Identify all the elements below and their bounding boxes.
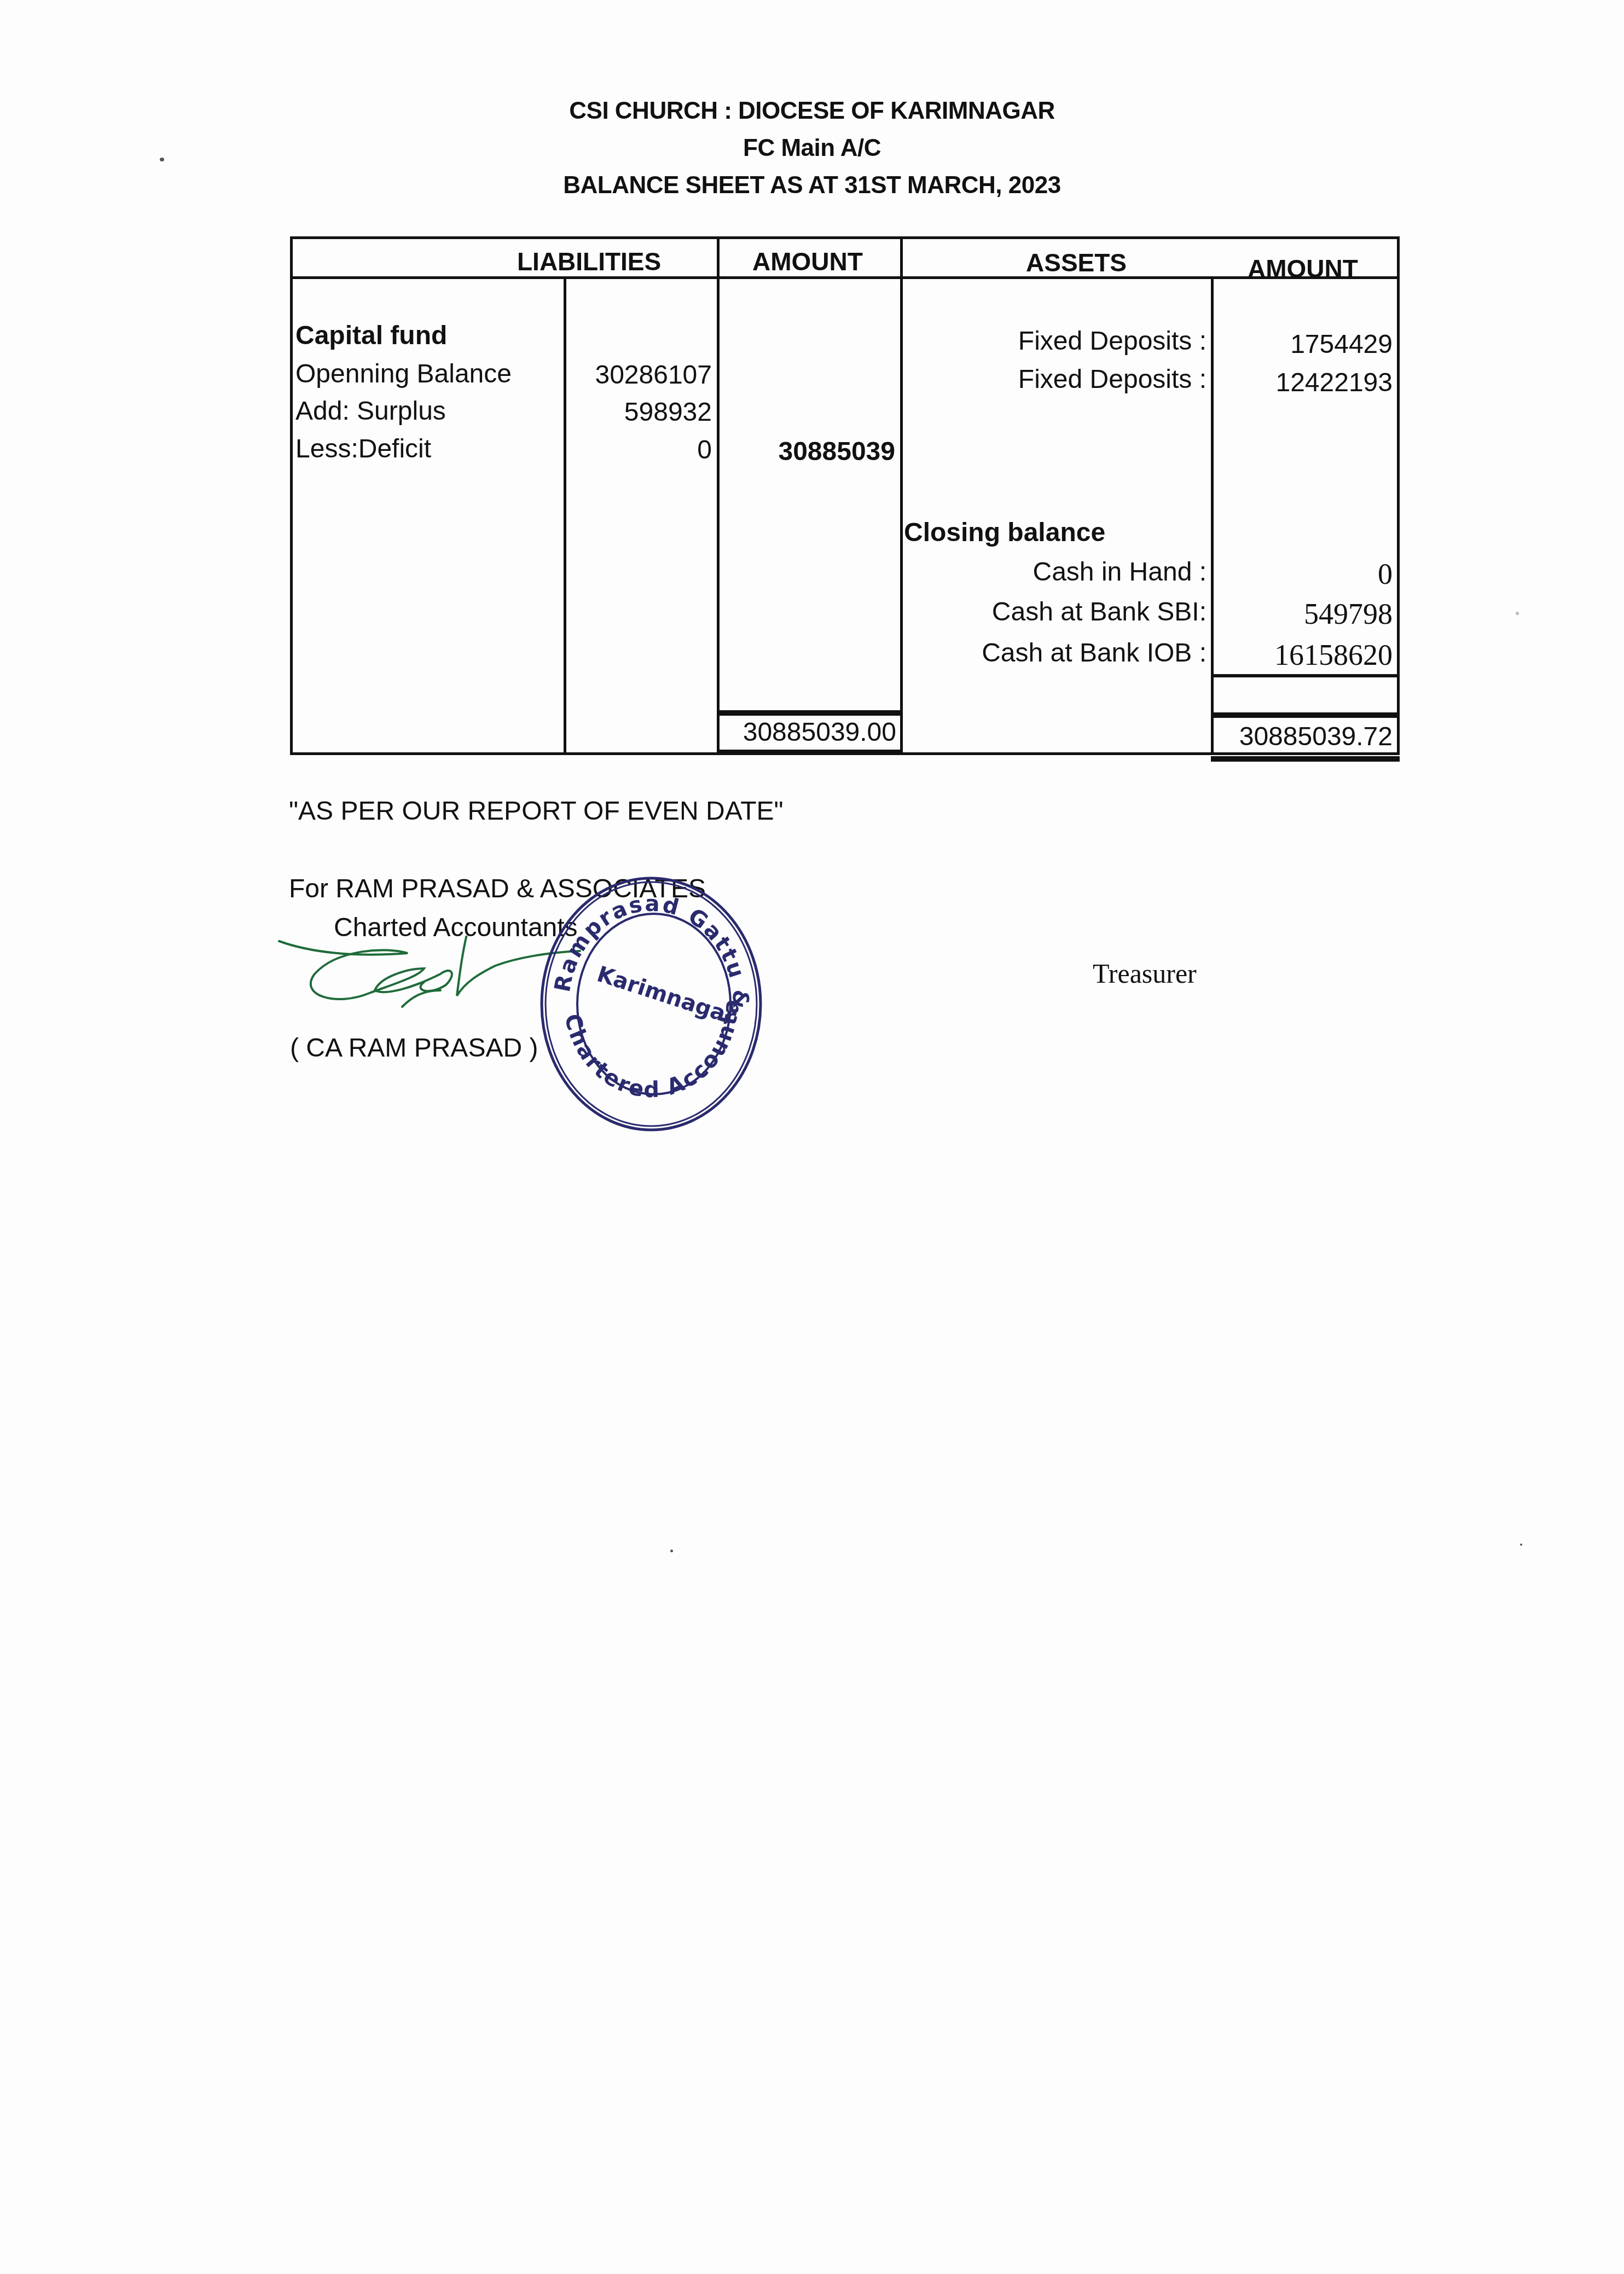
header-assets: ASSETS <box>1026 250 1127 275</box>
liabilities-total: 30885039.00 <box>721 720 896 746</box>
asset-row-label: Cash at Bank SBI: <box>903 599 1207 625</box>
account-title: FC Main A/C <box>0 135 1624 162</box>
capital-fund-title: Capital fund <box>295 323 447 349</box>
asset-row-label: Cash in Hand : <box>903 559 1207 585</box>
asset-row-value: 12422193 <box>1215 370 1393 396</box>
scan-speck <box>670 1550 673 1552</box>
liability-row-value: 30286107 <box>566 362 712 388</box>
liability-row-label: Openning Balance <box>295 361 512 387</box>
liabilities-subcolumn-divider <box>564 277 566 755</box>
scan-speck <box>1516 612 1519 615</box>
asset-row-label: Cash at Bank IOB : <box>903 640 1207 666</box>
assets-subtotal-line <box>1211 674 1400 677</box>
svg-text:Karimnagar: Karimnagar <box>594 961 739 1030</box>
assets-amount-divider <box>1211 277 1214 755</box>
organization-title: CSI CHURCH : DIOCESE OF KARIMNAGAR <box>0 97 1624 125</box>
signatory-name: ( CA RAM PRASAD ) <box>290 1033 538 1063</box>
asset-row-label: Fixed Deposits : <box>903 328 1207 355</box>
auditor-stamp-icon: Ramprasad Gattu & Co. Chartered Accounta… <box>531 867 772 1141</box>
liabilities-amount-divider <box>717 236 720 755</box>
liability-row-value: 0 <box>566 437 712 463</box>
scan-speck <box>160 158 164 161</box>
header-liabilities-amount: AMOUNT <box>752 249 863 274</box>
header-liabilities: LIABILITIES <box>517 249 661 274</box>
report-note: "AS PER OUR REPORT OF EVEN DATE" <box>289 796 784 826</box>
statement-title: BALANCE SHEET AS AT 31ST MARCH, 2023 <box>0 172 1624 199</box>
liability-row-label: Add: Surplus <box>295 398 446 425</box>
treasurer-label: Treasurer <box>1093 958 1197 989</box>
assets-divider <box>900 236 903 755</box>
asset-row-label: Fixed Deposits : <box>903 367 1207 393</box>
closing-balance-title: Closing balance <box>904 520 1105 546</box>
header-assets-amount: AMOUNT <box>1248 256 1358 281</box>
scan-speck <box>1520 1544 1522 1546</box>
header-divider <box>290 276 1400 279</box>
assets-total: 30885039.72 <box>1215 724 1393 750</box>
liabilities-subtotal: 30885039 <box>721 439 895 465</box>
asset-row-value: 0 <box>1215 559 1393 589</box>
asset-row-value: 1754429 <box>1215 332 1393 358</box>
liability-row-value: 598932 <box>566 399 712 426</box>
asset-row-value: 549798 <box>1215 599 1393 629</box>
liability-row-label: Less:Deficit <box>295 436 431 462</box>
asset-row-value: 16158620 <box>1215 640 1393 670</box>
